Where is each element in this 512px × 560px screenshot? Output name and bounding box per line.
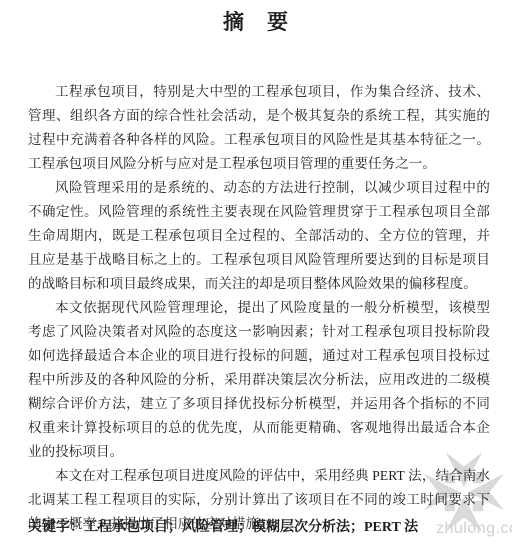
- abstract-paragraph-3: 本文依据现代风险管理理论，提出了风险度量的一般分析模型，该模型考虑了风险决策者对…: [28, 296, 490, 464]
- abstract-body: 工程承包项目，特别是大中型的工程承包项目，作为集合经济、技术、管理、组织各方面的…: [28, 80, 490, 536]
- abstract-paragraph-1: 工程承包项目，特别是大中型的工程承包项目，作为集合经济、技术、管理、组织各方面的…: [28, 80, 490, 176]
- page-title: 摘 要: [0, 6, 512, 36]
- keywords-label: 关键字：: [28, 520, 84, 535]
- abstract-page: 摘 要 工程承包项目，特别是大中型的工程承包项目，作为集合经济、技术、管理、组织…: [0, 0, 512, 560]
- keywords-text: 工程承包项目；风险管理；模糊层次分析法；PERT 法: [84, 520, 418, 535]
- abstract-paragraph-2: 风险管理采用的是系统的、动态的方法进行控制，以减少项目过程中的不确定性。风险管理…: [28, 176, 490, 296]
- keywords-line: 关键字：工程承包项目；风险管理；模糊层次分析法；PERT 法: [28, 518, 428, 538]
